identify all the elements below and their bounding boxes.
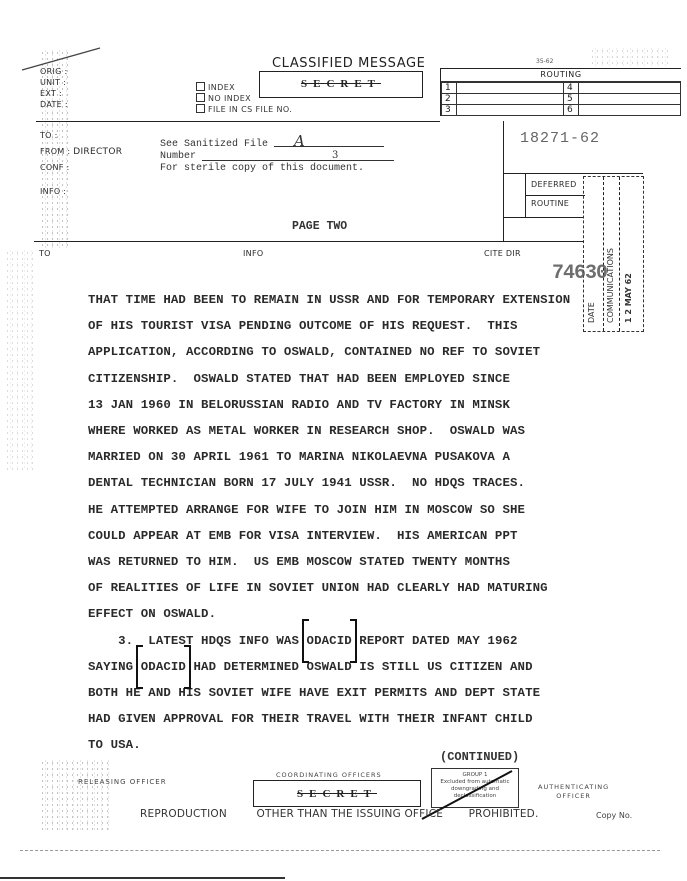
message-body: THAT TIME HAD BEEN TO REMAIN IN USSR AND… (88, 287, 570, 759)
body-line: EFFECT ON OSWALD. (88, 601, 570, 627)
precedence-bottom-rule (503, 217, 583, 218)
conf-label: CONF (40, 163, 64, 172)
side-stamp: DATE COMMUNICATIONS 1 2 MAY 62 (583, 176, 644, 332)
paragraph-3-line: SAYING ODACID HAD DETERMINED OSWALD IS S… (88, 654, 570, 680)
from-value: DIRECTOR (73, 147, 122, 157)
body-line: WAS RETURNED TO HIM. US EMB MOSCOW STATE… (88, 549, 570, 575)
address-cite: CITE DIR (484, 249, 521, 258)
body-line: WHERE WORKED AS METAL WORKER IN RESEARCH… (88, 418, 570, 444)
address-info: INFO (243, 249, 263, 258)
redacted-cryptonym: ODACID (307, 628, 352, 654)
body-line: OF HIS TOURIST VISA PENDING OUTCOME OF H… (88, 313, 570, 339)
footer-classification-text: SECRET (254, 788, 420, 800)
scan-bottom-edge (0, 877, 285, 879)
paragraph-3-line: HAD GIVEN APPROVAL FOR THEIR TRAVEL WITH… (88, 706, 570, 732)
redacted-cryptonym: ODACID (141, 654, 186, 680)
from-label: FROM (40, 147, 65, 156)
reproduction-warning: REPRODUCTION OTHER THAN THE ISSUING OFFI… (140, 808, 538, 820)
file-in-cs-checkbox[interactable]: FILE IN CS FILE NO. (196, 104, 292, 115)
precedence-mid-rule (525, 195, 585, 196)
coordinating-officers-label: COORDINATING OFFICERS (276, 771, 382, 779)
unit-label: UNIT (40, 78, 60, 87)
group-1-box: GROUP 1 Excluded from automatic downgrad… (431, 768, 519, 808)
page-label: PAGE TWO (292, 220, 347, 233)
body-line: DENTAL TECHNICIAN BORN 17 JULY 1941 USSR… (88, 470, 570, 496)
authenticating-officer-label: AUTHENTICATING OFFICER (538, 783, 609, 801)
releasing-officer-label: RELEASING OFFICER (78, 778, 167, 786)
date-label: DATE (40, 100, 62, 109)
address-to: TO (39, 249, 51, 258)
ext-label: EXT (40, 89, 56, 98)
message-number: 18271-62 (520, 130, 600, 147)
footer-classification-box: SECRET (253, 780, 421, 807)
to-label: TO (40, 131, 52, 140)
body-line: HE ATTEMPTED ARRANGE FOR WIFE TO JOIN HI… (88, 497, 570, 523)
paragraph-3-line: BOTH HE AND HIS SOVIET WIFE HAVE EXIT PE… (88, 680, 570, 706)
precedence-top-rule (503, 173, 643, 174)
orig-label: ORIG (40, 67, 62, 76)
classification-text: SECRET (260, 78, 422, 90)
scan-noise-bottom-left (40, 760, 110, 830)
body-line: MARRIED ON 30 APRIL 1961 TO MARINA NIKOL… (88, 444, 570, 470)
continued-label: (CONTINUED) (440, 750, 519, 764)
body-line: OF REALITIES OF LIFE IN SOVIET UNION HAD… (88, 575, 570, 601)
body-line: COULD APPEAR AT EMB FOR VISA INTERVIEW. … (88, 523, 570, 549)
address-labels: TO : FROM : DIRECTOR CONF : INFO : (40, 128, 122, 200)
sanitized-file-number: 3 (202, 152, 394, 161)
sanitized-file-letter: A (274, 136, 384, 147)
footer-rule (20, 850, 660, 851)
body-line: CITIZENSHIP. OSWALD STATED THAT HAD BEEN… (88, 366, 570, 392)
body-line: APPLICATION, ACCORDING TO OSWALD, CONTAI… (88, 339, 570, 365)
sanitized-note: See Sanitized File A Number 3 For steril… (160, 136, 394, 175)
paragraph-3-line: 3. LATEST HDQS INFO WAS ODACID REPORT DA… (88, 628, 570, 654)
routing-grid: 14 25 36 (441, 82, 681, 116)
right-block-divider (503, 121, 504, 241)
stamp-communications-label: COMMUNICATIONS (606, 183, 615, 323)
copy-number-label: Copy No. (596, 811, 632, 820)
precedence-deferred: DEFERRED (531, 180, 577, 189)
header-fields-block: ORIG : UNIT : EXT : DATE : (40, 66, 68, 110)
body-line: THAT TIME HAD BEEN TO REMAIN IN USSR AND… (88, 287, 570, 313)
form-number: 35-62 (536, 58, 553, 65)
stamp-date-label: DATE (587, 183, 596, 323)
checkbox-square-icon (196, 104, 205, 113)
header-rule (36, 121, 440, 122)
address-rule (34, 241, 584, 242)
stamp-date-value: 1 2 MAY 62 (624, 183, 633, 323)
classification-box: SECRET (259, 71, 423, 98)
routing-table: ROUTING 14 25 36 (440, 68, 681, 116)
cite-number: 74630 (552, 262, 607, 285)
checkbox-square-icon (196, 93, 205, 102)
classified-message-title: CLASSIFIED MESSAGE (272, 56, 425, 71)
checkbox-square-icon (196, 82, 205, 91)
routing-label: ROUTING (441, 69, 681, 82)
body-line: 13 JAN 1960 IN BELORUSSIAN RADIO AND TV … (88, 392, 570, 418)
scan-noise-left-lower (5, 250, 35, 470)
precedence-routine: ROUTINE (531, 199, 569, 208)
info-label: INFO (40, 187, 60, 196)
scan-noise-top-right (590, 48, 670, 68)
